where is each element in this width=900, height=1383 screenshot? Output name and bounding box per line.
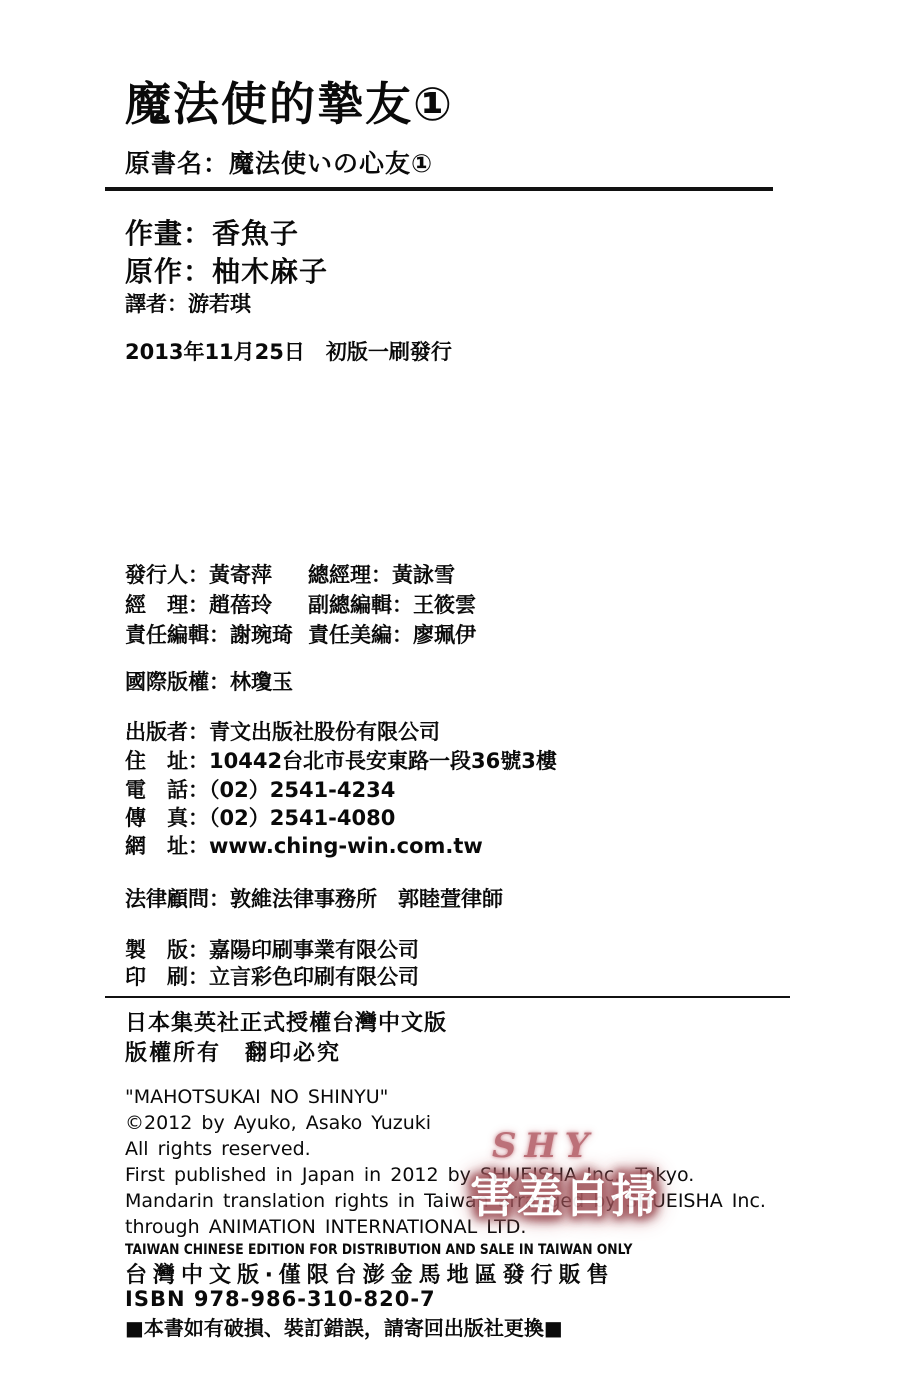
english-title: "MAHOTSUKAI NO SHINYU" [125, 1084, 766, 1110]
staff-deputy-editor: 副總編輯：王筱雲 [308, 589, 476, 619]
staff-row: 經 理：趙蓓玲 副總編輯：王筱雲 [125, 589, 272, 619]
return-notice: ■本書如有破損、裝訂錯誤，請寄回出版社更換■ [125, 1312, 563, 1341]
printing-company: 印 刷：立言彩色印刷有限公司 [125, 961, 419, 991]
legal-advisor: 法律顧問：敦維法律事務所 郭睦萱律師 [125, 883, 503, 913]
publisher-address: 住 址：10442台北市長安東路一段36號3樓 [125, 745, 557, 775]
english-through-agent: through ANIMATION INTERNATIONAL LTD. [125, 1214, 766, 1240]
staff-row: 責任編輯：謝琬琦 責任美編：廖珮伊 [125, 619, 293, 649]
staff-row: 發行人：黃寄萍 總經理：黃詠雪 [125, 559, 272, 589]
staff-manager: 經 理：趙蓓玲 [125, 593, 272, 617]
license-notice-line2: 版權所有 翻印必究 [125, 1036, 341, 1067]
english-mandarin-rights: Mandarin translation rights in Taiwan ar… [125, 1188, 766, 1214]
original-title: 原書名：魔法使いの心友① [125, 144, 433, 180]
book-title: 魔法使的摯友① [125, 68, 454, 134]
plate-making-company: 製 版：嘉陽印刷事業有限公司 [125, 934, 419, 964]
original-story-credit: 原作：柚木麻子 [125, 250, 328, 290]
taiwan-only-notice-zh: 台灣中文版‧僅限台澎金馬地區發行販售 [125, 1258, 615, 1289]
english-colophon: "MAHOTSUKAI NO SHINYU" ©2012 by Ayuko, A… [125, 1084, 766, 1240]
staff-general-manager: 總經理：黃詠雪 [308, 559, 455, 589]
divider-bottom [105, 996, 790, 998]
publisher-phone: 電 話：（02）2541-4234 [125, 774, 395, 804]
artist-credit: 作畫：香魚子 [125, 212, 299, 252]
staff-art-editor: 責任美編：廖珮伊 [308, 619, 476, 649]
international-rights: 國際版權：林瓊玉 [125, 666, 293, 696]
isbn: ISBN 978-986-310-820-7 [125, 1287, 436, 1311]
english-rights-reserved: All rights reserved. [125, 1136, 766, 1162]
divider-top [105, 187, 773, 191]
staff-responsible-editor: 責任編輯：謝琬琦 [125, 623, 293, 647]
publisher-name: 出版者：青文出版社股份有限公司 [125, 716, 440, 746]
english-first-published: First published in Japan in 2012 by SHUE… [125, 1162, 766, 1188]
staff-publisher: 發行人：黃寄萍 [125, 563, 272, 587]
translator-credit: 譯者：游若琪 [125, 288, 251, 318]
colophon-page: 魔法使的摯友① 原書名：魔法使いの心友① 作畫：香魚子 原作：柚木麻子 譯者：游… [0, 0, 900, 1383]
english-copyright: ©2012 by Ayuko, Asako Yuzuki [125, 1110, 766, 1136]
publisher-fax: 傳 真：（02）2541-4080 [125, 802, 395, 832]
publisher-website: 網 址：www.ching-win.com.tw [125, 830, 483, 860]
taiwan-only-notice-en: TAIWAN CHINESE EDITION FOR DISTRIBUTION … [125, 1242, 632, 1258]
edition-date: 2013年11月25日 初版一刷發行 [125, 336, 452, 366]
license-notice-line1: 日本集英社正式授權台灣中文版 [125, 1006, 447, 1037]
